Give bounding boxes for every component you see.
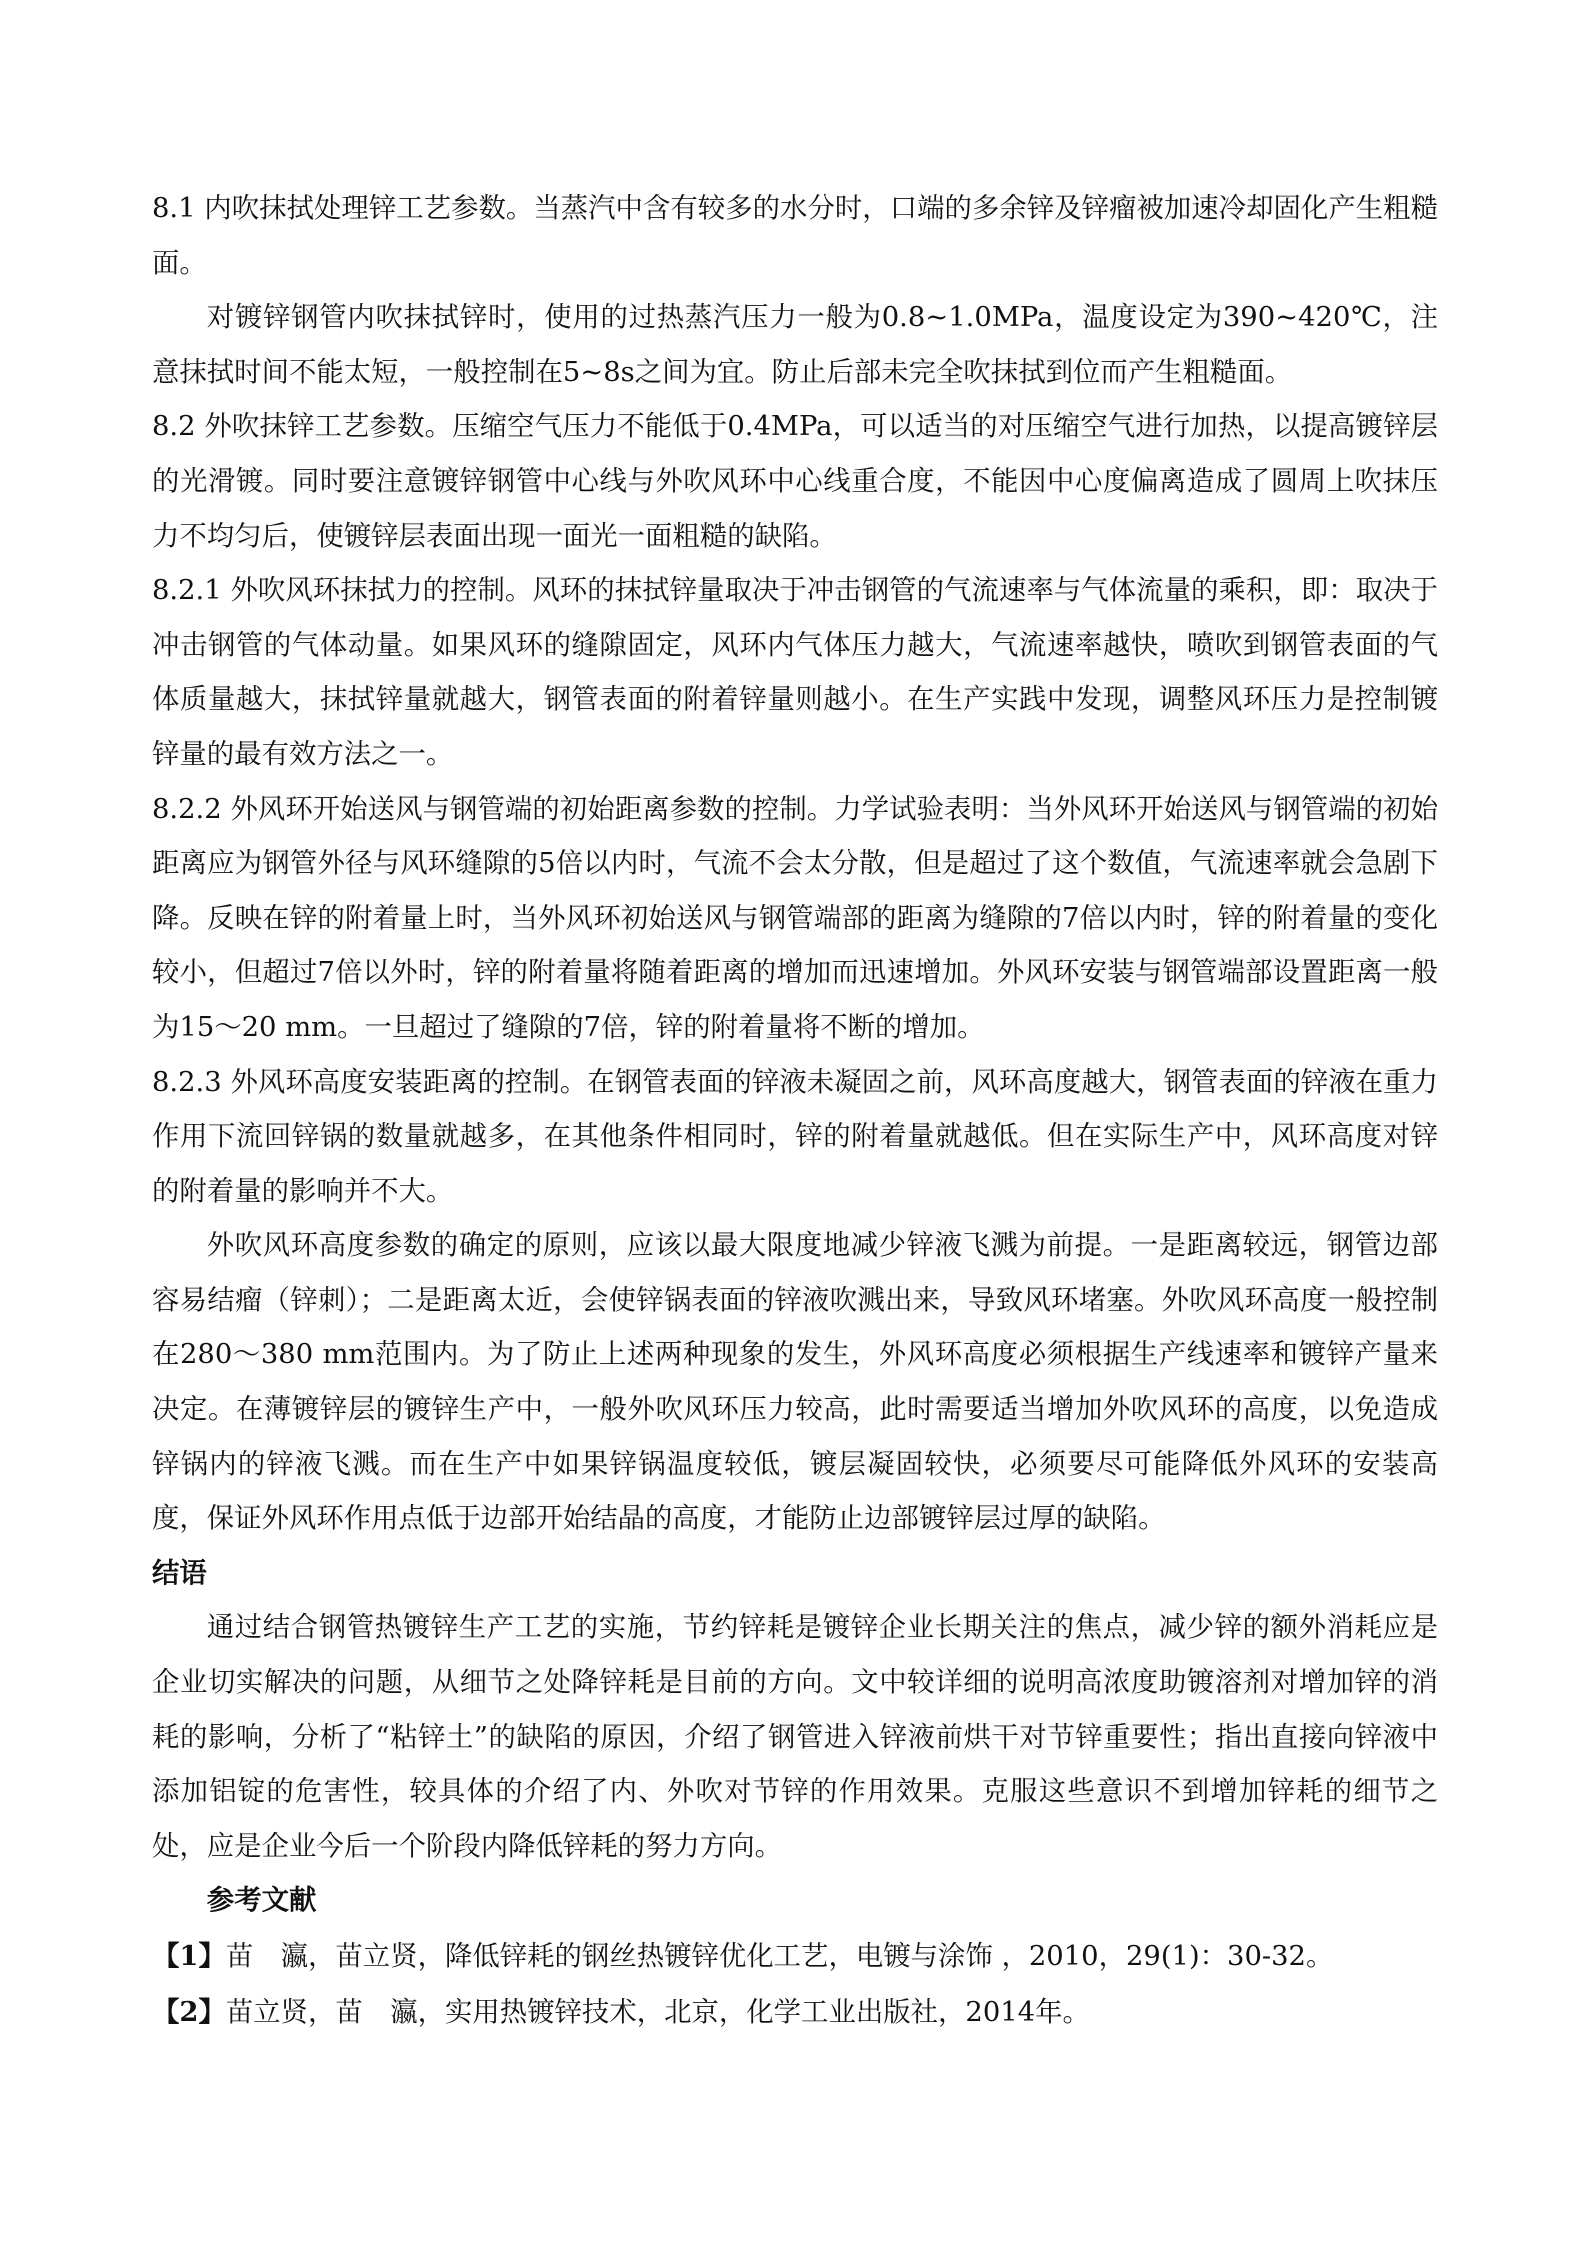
reference-label: 【2】 <box>152 1996 226 2028</box>
reference-text: 苗 瀛，苗立贤，降低锌耗的钢丝热镀锌优化工艺，电镀与涂饰 ，2010，29(1)… <box>226 1941 1334 1972</box>
section-8-1-paragraph: 对镀锌钢管内吹抹拭锌时，使用的过热蒸汽压力一般为0.8~1.0MPa，温度设定为… <box>152 291 1438 400</box>
reference-text: 苗立贤，苗 瀛，实用热镀锌技术，北京，化学工业出版社，2014年。 <box>226 1997 1090 2028</box>
document-page: 8.1 内吹抹拭处理锌工艺参数。当蒸汽中含有较多的水分时，口端的多余锌及锌瘤被加… <box>152 182 1438 2040</box>
references-heading: 参考文献 <box>152 1874 1438 1929</box>
section-8-2-3: 8.2.3 外风环高度安装距离的控制。在钢管表面的锌液未凝固之前，风环高度越大，… <box>152 1056 1438 1220</box>
conclusion-heading: 结语 <box>152 1547 1438 1602</box>
section-8-2-1: 8.2.1 外吹风环抹拭力的控制。风环的抹拭锌量取决于冲击钢管的气流速率与气体流… <box>152 564 1438 782</box>
reference-item-1: 【1】苗 瀛，苗立贤，降低锌耗的钢丝热镀锌优化工艺，电镀与涂饰 ，2010，29… <box>152 1929 1438 1985</box>
section-8-2-2: 8.2.2 外风环开始送风与钢管端的初始距离参数的控制。力学试验表明：当外风环开… <box>152 783 1438 1056</box>
conclusion-paragraph: 通过结合钢管热镀锌生产工艺的实施，节约锌耗是镀锌企业长期关注的焦点，减少锌的额外… <box>152 1601 1438 1874</box>
section-8-2-3-paragraph: 外吹风环高度参数的确定的原则，应该以最大限度地减少锌液飞溅为前提。一是距离较远，… <box>152 1219 1438 1547</box>
reference-item-2: 【2】苗立贤，苗 瀛，实用热镀锌技术，北京，化学工业出版社，2014年。 <box>152 1985 1438 2041</box>
section-8-1: 8.1 内吹抹拭处理锌工艺参数。当蒸汽中含有较多的水分时，口端的多余锌及锌瘤被加… <box>152 182 1438 291</box>
section-8-2: 8.2 外吹抹锌工艺参数。压缩空气压力不能低于0.4MPa，可以适当的对压缩空气… <box>152 400 1438 564</box>
reference-label: 【1】 <box>152 1940 226 1972</box>
